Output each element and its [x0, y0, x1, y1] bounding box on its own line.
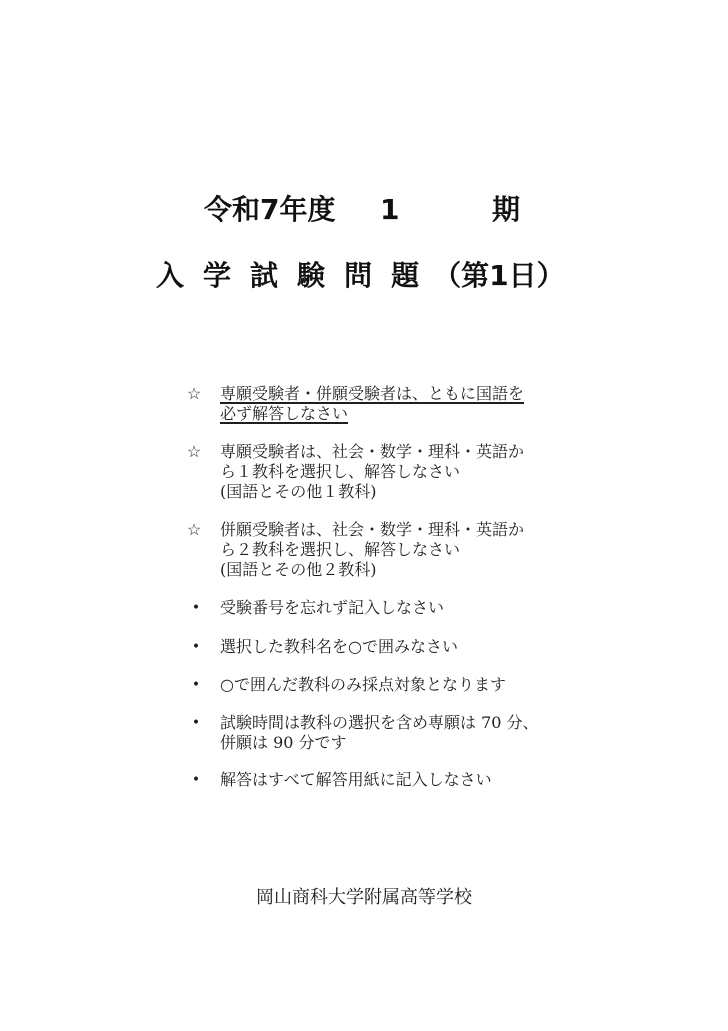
instruction-line: ら１教科を選択し、解答しなさい — [220, 462, 524, 482]
instruction-line: 選択した教科名を○で囲みなさい — [220, 637, 458, 657]
instruction-text: 専願受験者は、社会・数学・理科・英語か ら１教科を選択し、解答しなさい (国語と… — [220, 442, 524, 502]
instruction-line: 受験番号を忘れず記入しなさい — [220, 598, 444, 618]
term-number: 1 — [380, 194, 399, 226]
school-name: 岡山商科大学附属高等学校 — [0, 886, 728, 910]
instruction-line: 必ず解答しなさい — [220, 404, 524, 424]
instruction-line: ○で囲んだ教科のみ採点対象となります — [220, 675, 506, 695]
bullet-icon: • — [186, 713, 206, 733]
instruction-line: (国語とその他１教科) — [220, 482, 524, 502]
exam-title-char: 試 — [250, 260, 278, 292]
instruction-line: 併願は 90 分です — [220, 733, 539, 753]
star-outline-icon: ☆ — [184, 442, 204, 462]
exam-title-char: 験 — [297, 260, 325, 292]
exam-title: 入学試験問題（第1日） — [156, 260, 565, 292]
term-suffix: 期 — [492, 194, 520, 226]
instruction-text: 専願受験者・併願受験者は、ともに国語を 必ず解答しなさい — [220, 384, 524, 424]
instruction-line: 専願受験者・併願受験者は、ともに国語を — [220, 384, 524, 404]
star-outline-icon: ☆ — [184, 384, 204, 404]
exam-title-char: 入 — [156, 260, 184, 292]
instruction-line: (国語とその他２教科) — [220, 560, 524, 580]
instruction-line: 専願受験者は、社会・数学・理科・英語か — [220, 442, 524, 462]
bullet-icon: • — [186, 598, 206, 618]
exam-title-char: 学 — [203, 260, 231, 292]
instruction-text: 解答はすべて解答用紙に記入しなさい — [220, 770, 492, 790]
instruction-text: ○で囲んだ教科のみ採点対象となります — [220, 675, 506, 695]
instruction-line: 試験時間は教科の選択を含め専願は 70 分、 — [220, 713, 539, 733]
instruction-text: 試験時間は教科の選択を含め専願は 70 分、 併願は 90 分です — [220, 713, 539, 753]
instruction-line: ら２教科を選択し、解答しなさい — [220, 540, 524, 560]
year-label: 令和7年度 — [204, 194, 335, 226]
bullet-icon: • — [186, 675, 206, 695]
exam-title-char: 問 — [344, 260, 372, 292]
day-label: （第1日） — [433, 260, 564, 292]
instruction-text: 受験番号を忘れず記入しなさい — [220, 598, 444, 618]
instruction-line: 併願受験者は、社会・数学・理科・英語か — [220, 520, 524, 540]
exam-title-char: 題 — [391, 260, 419, 292]
instruction-line: 解答はすべて解答用紙に記入しなさい — [220, 770, 492, 790]
instruction-text: 選択した教科名を○で囲みなさい — [220, 637, 458, 657]
star-outline-icon: ☆ — [184, 520, 204, 540]
instruction-text: 併願受験者は、社会・数学・理科・英語か ら２教科を選択し、解答しなさい (国語と… — [220, 520, 524, 580]
bullet-icon: • — [186, 637, 206, 657]
bullet-icon: • — [186, 770, 206, 790]
